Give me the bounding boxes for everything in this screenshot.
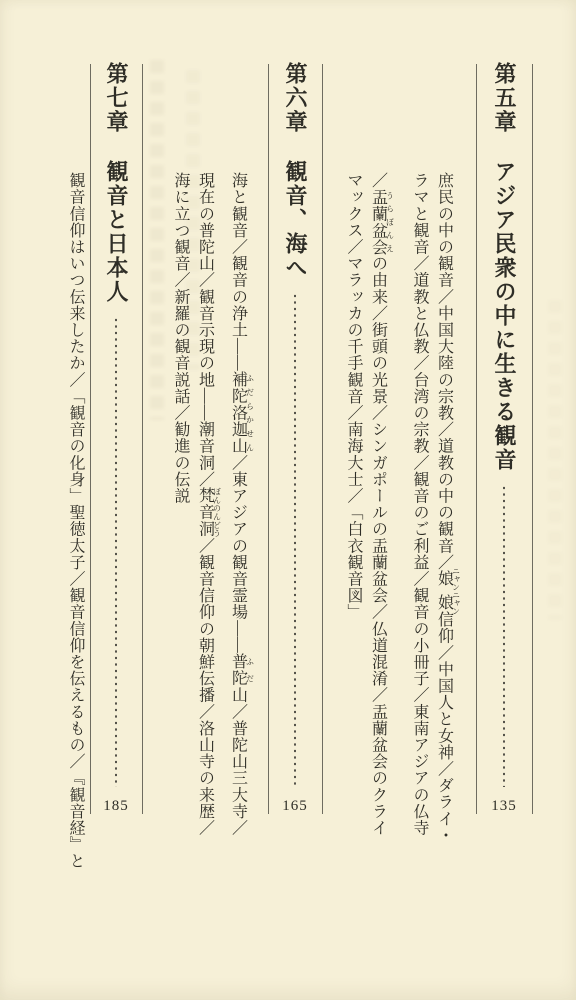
chapter-5-title: アジア民衆の中に生きる観音 — [493, 160, 515, 472]
dotted-leader — [294, 294, 296, 787]
chapter-6-page-number: 165 — [282, 795, 308, 814]
chapter-6-number: 第六章 — [284, 62, 306, 134]
chapter-7-left-rule — [90, 64, 91, 814]
chapter-6-title-column: 第六章 観音、海へ 165 — [273, 62, 317, 814]
chapter-5-entries-column-2: ラマと観音／道教と仏教／台湾の宗教／観音のご利益／観音の小冊子／東南アジアの仏寺 — [395, 172, 427, 862]
chapter-5-right-rule — [532, 64, 533, 814]
chapter-5-left-rule — [476, 64, 477, 814]
chapter-7-right-rule — [142, 64, 143, 814]
chapter-6-entries-column-3: 海に立つ観音／新羅の観音説話／勧進の伝説 — [156, 172, 188, 862]
toc-page: 第五章 アジア民衆の中に生きる観音 135 庶民の中の観音／中国大陸の宗教／道教… — [0, 0, 576, 1000]
chapter-5-entries-column-3: ／盂蘭盆会うらぼんえの由来／街頭の光景／シンガポールの盂蘭盆会／仏道混淆／盂蘭盆… — [362, 172, 394, 862]
chapter-6-entries-column-2: 現在の普陀山／観音示現の地——潮音洞／梵音洞ぼんのんどう／観音信仰の朝鮮伝播／洛… — [189, 172, 221, 862]
chapter-5-page-number: 135 — [491, 795, 517, 814]
chapter-7-title: 観音と日本人 — [105, 160, 127, 304]
chapter-6-entries-column-1: 海と観音／観音の浄土——補陀洛迦山ふだらかせん／東アジアの観音霊場——普陀ふだ山… — [222, 172, 254, 862]
chapter-6-right-rule — [322, 64, 323, 814]
chapter-6-title: 観音、海へ — [284, 160, 306, 280]
chapter-6-left-rule — [268, 64, 269, 814]
dotted-leader — [503, 486, 505, 787]
chapter-5-number: 第五章 — [493, 62, 515, 134]
chapter-5-entries-column-4: マックス／マラッカの千手観音／南海大士／「白衣観音図」 — [329, 172, 361, 862]
chapter-7-title-column: 第七章 観音と日本人 185 — [94, 62, 138, 814]
chapter-5-title-column: 第五章 アジア民衆の中に生きる観音 135 — [482, 62, 526, 814]
chapter-7-number: 第七章 — [105, 62, 127, 134]
dotted-leader — [115, 318, 117, 787]
chapter-7-page-number: 185 — [103, 795, 129, 814]
chapter-5-entries-column-1: 庶民の中の観音／中国大陸の宗教／道教の中の観音／娘娘ニャンニャン信仰／中国人と女… — [428, 172, 460, 862]
chapter-7-entries-column-1: 観音信仰はいつ伝来したか／「観音の化身」聖徳太子／観音信仰を伝えるもの／『観音経… — [51, 172, 83, 862]
bleed-through-ghost — [548, 300, 562, 620]
